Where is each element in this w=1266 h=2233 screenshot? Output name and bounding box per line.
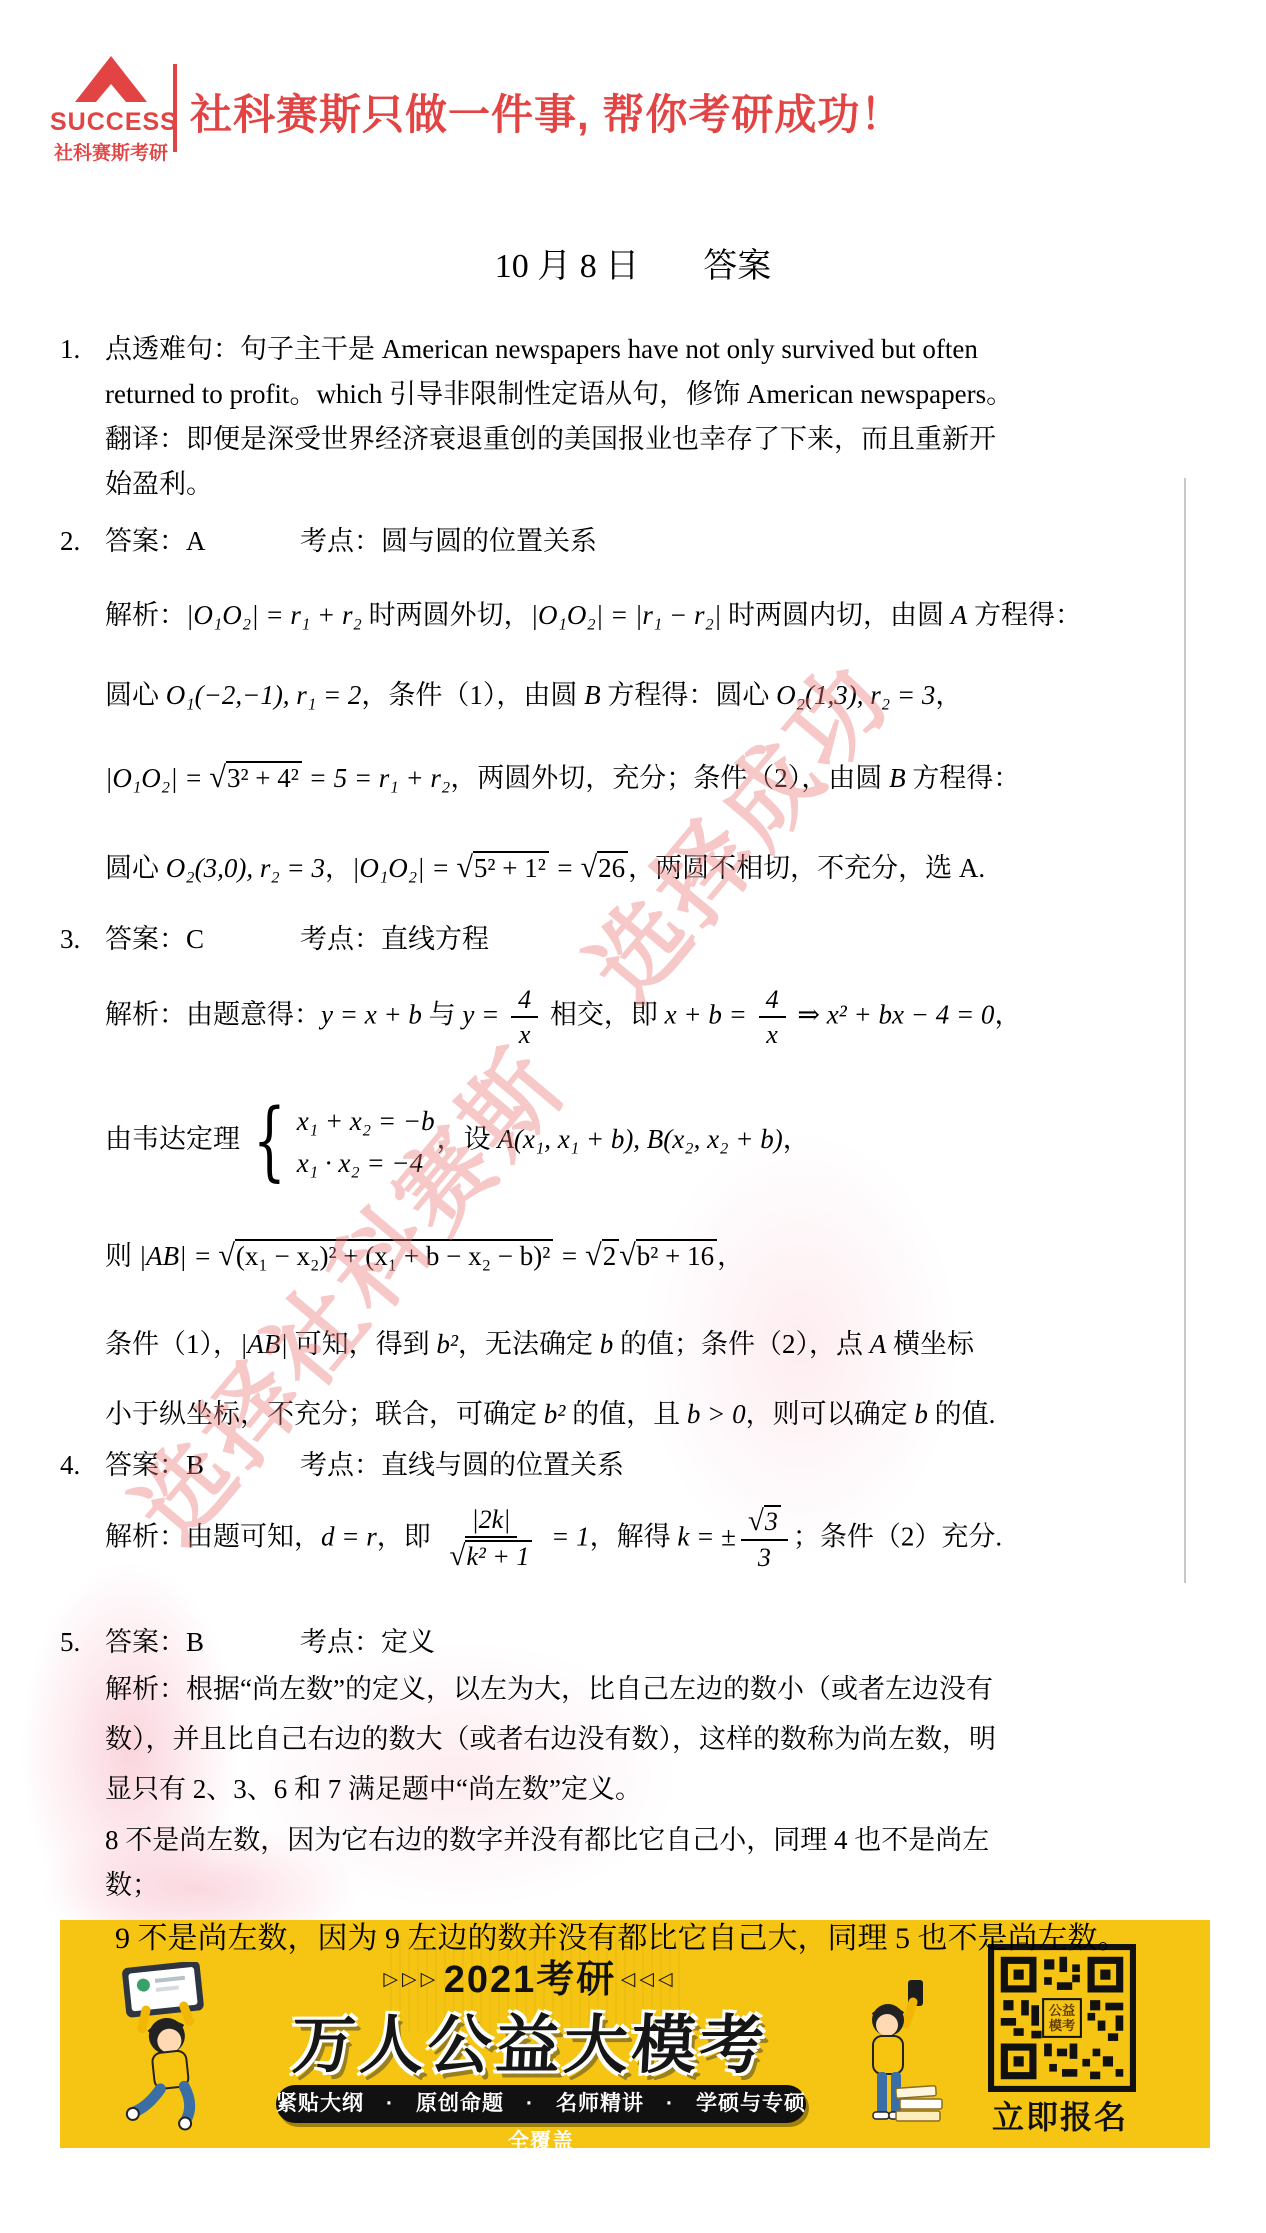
logo-text: SUCCESS: [50, 109, 172, 135]
arrows-left-icon: ◁◁◁: [621, 1969, 677, 1990]
solution-line: 8 不是尚左数，因为它右边的数字并没有都比它自己小，同理 4 也不是尚左: [105, 1823, 989, 1857]
item-text-line: 始盈利。: [105, 467, 213, 501]
page-title: 10 月 8 日答案: [0, 238, 1266, 287]
sqrt-radical: √3: [748, 1507, 781, 1536]
solution-line: 解析：由题可知，d = r，即 |2k|√k² + 1 = 1，解得 k = ±…: [105, 1505, 1002, 1573]
solution-line: 显只有 2、3、6 和 7 满足题中“尚左数”定义。: [105, 1772, 642, 1806]
item-text-line: 翻译：即便是深受世界经济衰退重创的美国报业也幸存了下来，而且重新开: [105, 422, 996, 456]
equation-system: {x₁ + x₂ = −bx₁ · x₂ = −4: [242, 1104, 435, 1180]
item-number: 3.: [60, 922, 80, 956]
sqrt-radical: √b² + 16: [619, 1241, 717, 1271]
illustration-girl-with-sign: [92, 1962, 242, 2137]
topic-label: 考点：定义: [300, 1625, 435, 1659]
answer-label: 答案：C: [105, 922, 204, 956]
sqrt-radical: √3² + 4²: [209, 763, 302, 793]
fraction: √33: [741, 1505, 788, 1573]
logo-mountain-icon: [75, 56, 147, 102]
solution-line: 数），并且比自己右边的数大（或者右边没有数），这样的数称为尚左数，明: [105, 1722, 996, 1756]
sqrt-radical: √5² + 1²: [456, 853, 549, 883]
answer-label: 答案：A: [105, 524, 206, 558]
topic-label: 考点：圆与圆的位置关系: [300, 524, 597, 558]
document-page: SUCCESS 社科赛斯考研 社科赛斯只做一件事, 帮你考研成功！ 选择社科赛斯…: [0, 0, 1266, 2233]
solution-line: 则 |AB| = √(x₁ − x₂)² + (x₁ + b − x₂ − b)…: [105, 1238, 744, 1273]
signup-cta: 立即报名: [976, 2092, 1144, 2138]
solution-line: 圆心 O₁(−2,−1), r₁ = 2，条件（1），由圆 B 方程得：圆心 O…: [105, 678, 962, 712]
qr-center-label-1: 公益: [1049, 2002, 1076, 2018]
fraction: |2k|√k² + 1: [442, 1505, 539, 1573]
item-number: 1.: [60, 332, 80, 366]
qr-code: 公益 模考: [988, 1944, 1136, 2092]
topic-label: 考点：直线与圆的位置关系: [300, 1448, 624, 1482]
solution-line: 条件（1），|AB| 可知，得到 b²，无法确定 b 的值；条件（2），点 A …: [105, 1327, 974, 1361]
solution-line: 解析：|O₁O₂| = r₁ + r₂ 时两圆外切，|O₁O₂| = |r₁ −…: [105, 598, 1082, 632]
sqrt-radical: √(x₁ − x₂)² + (x₁ + b − x₂ − b)²: [218, 1241, 553, 1271]
solution-line: 解析：由题意得：y = x + b 与 y = 4x 相交，即 x + b = …: [105, 985, 1021, 1050]
scan-edge-line: [1184, 478, 1186, 1583]
item-number: 4.: [60, 1448, 80, 1482]
solution-line: 小于纵坐标，不充分；联合，可确定 b² 的值，且 b > 0，则可以确定 b 的…: [105, 1397, 995, 1431]
solution-line: 圆心 O₂(3,0), r₂ = 3，|O₁O₂| = √5² + 1² = √…: [105, 850, 985, 885]
solution-line: 数；: [105, 1868, 159, 1902]
item-number: 2.: [60, 524, 80, 558]
sqrt-radical: √26: [581, 853, 629, 883]
fraction: 4x: [759, 985, 786, 1050]
title-word: 答案: [703, 248, 771, 285]
item-text-line: 点透难句：句子主干是 American newspapers have not …: [105, 332, 978, 366]
brand-logo: SUCCESS 社科赛斯考研: [50, 56, 172, 165]
solution-line: 解析：根据“尚左数”的定义，以左为大，比自己左边的数小（或者左边没有: [105, 1672, 993, 1706]
solution-line: 由韦达定理{x₁ + x₂ = −bx₁ · x₂ = −4，设 A(x₁, x…: [105, 1104, 810, 1180]
solution-line: |O₁O₂| = √3² + 4² = 5 = r₁ + r₂，两圆外切，充分；…: [105, 760, 1020, 795]
logo-subtext: 社科赛斯考研: [50, 138, 172, 165]
banner-features: 紧贴大纲 · 原创命题 · 名师精讲 · 学硕与专硕全覆盖: [276, 2085, 806, 2123]
sqrt-radical: √2: [585, 1241, 619, 1271]
books-stack-icon: [888, 2083, 952, 2125]
answer-label: 答案：B: [105, 1448, 204, 1482]
item-text-line: returned to profit。which 引导非限制性定语从句，修饰 A…: [105, 377, 1013, 411]
sqrt-radical: √k² + 1: [449, 1542, 532, 1571]
item-number: 5.: [60, 1625, 80, 1659]
arrows-right-icon: ▷▷▷: [383, 1969, 439, 1990]
qr-center-label-2: 模考: [1049, 2017, 1076, 2033]
solution-line-over-banner: 9 不是尚左数，因为 9 左边的数并没有都比它自己大，同理 5 也不是尚左数。: [115, 1922, 1128, 1956]
answer-label: 答案：B: [105, 1625, 204, 1659]
title-date: 10 月 8 日: [495, 248, 640, 285]
fraction: 4x: [511, 985, 538, 1050]
topic-label: 考点：直线方程: [300, 922, 489, 956]
header-divider: [173, 64, 177, 152]
brand-slogan: 社科赛斯只做一件事, 帮你考研成功！: [190, 82, 903, 142]
